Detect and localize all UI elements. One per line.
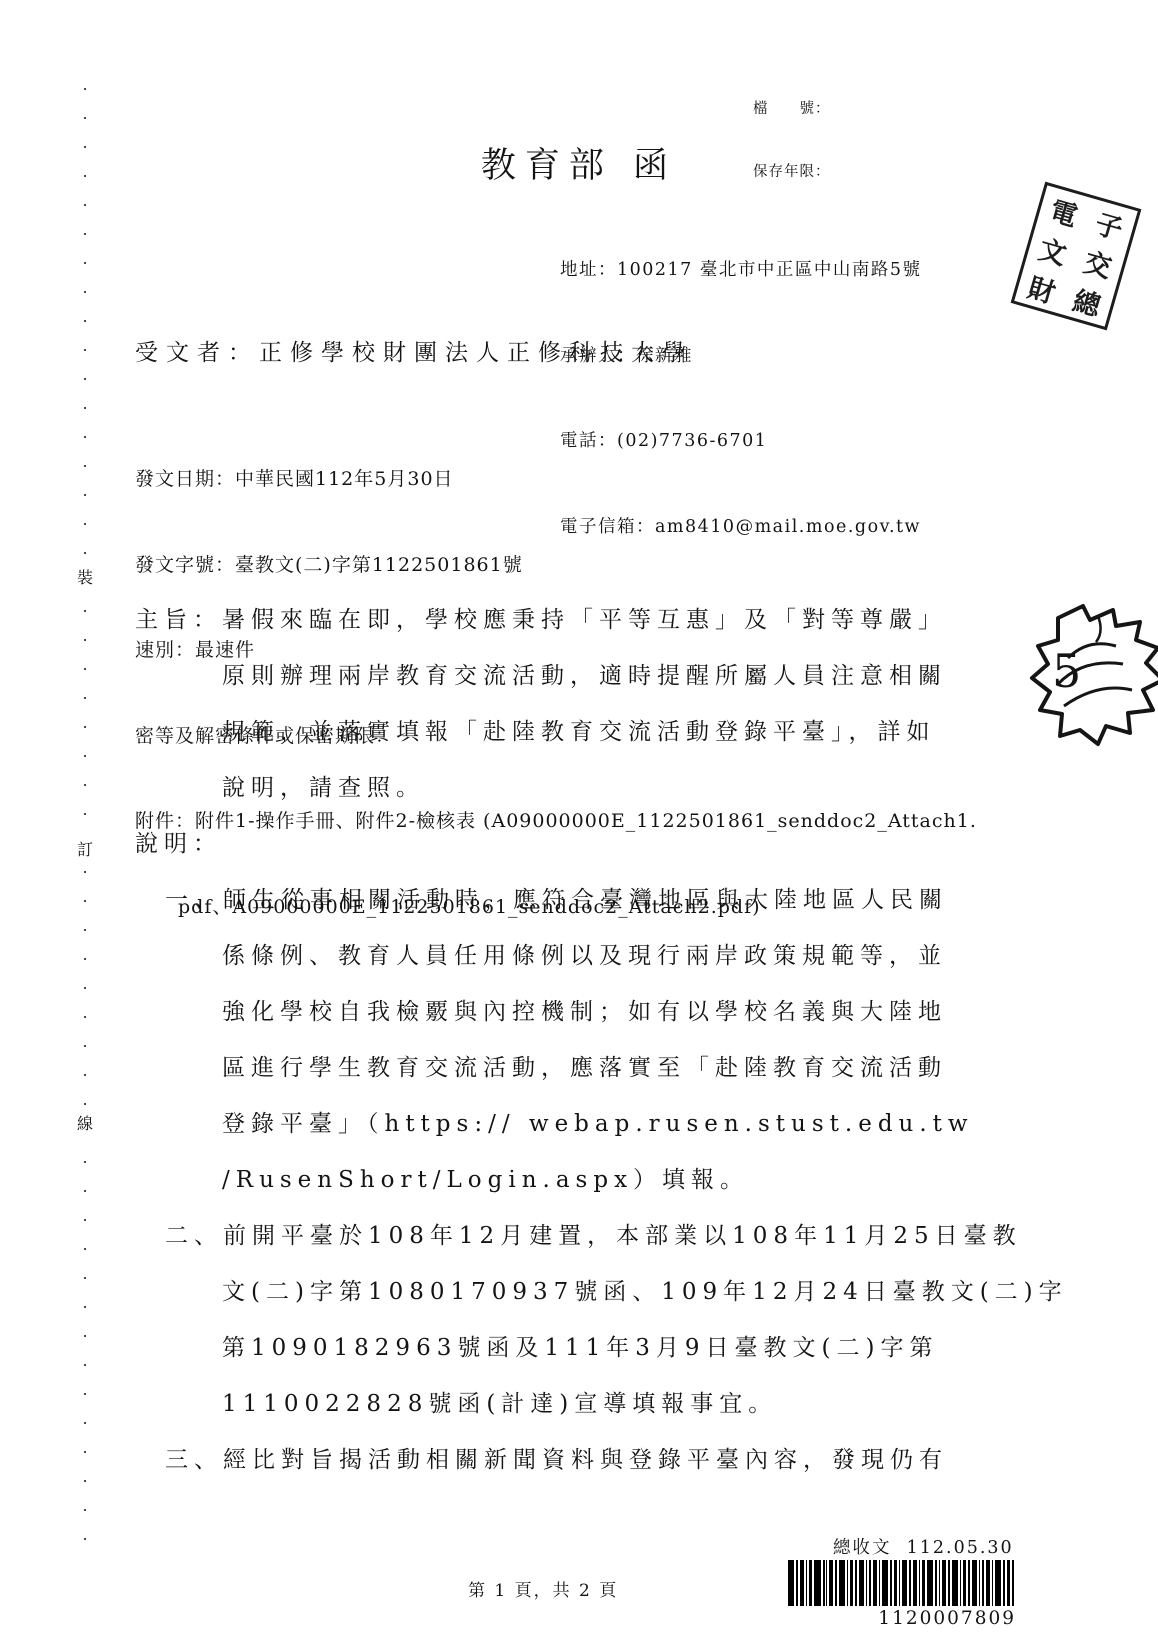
issue-number-line: 發文字號：臺教文(二)字第1122501861號: [135, 551, 977, 580]
subject-line: 原則辦理兩岸教育交流活動，適時提醒所屬人員注意相關: [0, 648, 1158, 704]
document-title: 教育部 函: [0, 138, 1158, 188]
letter-body: 主旨：暑假來臨在即，學校應秉持「平等互惠」及「對等尊嚴」 原則辦理兩岸教育交流活…: [0, 592, 1158, 1488]
receive-date-note: 總收文 112.05.30: [833, 1534, 1014, 1559]
explanation-item-2: 1110022828號函(計達)宣導填報事宜。: [0, 1376, 1158, 1432]
explanation-item-2: 二、前開平臺於108年12月建置，本部業以108年11月25日臺教: [0, 1208, 1158, 1264]
explanation-item-1: 係條例、教育人員任用條例以及現行兩岸政策規範等，並: [0, 928, 1158, 984]
sender-address: 地址：100217 臺北市中正區中山南路5號: [560, 256, 922, 285]
explanation-item-1: 強化學校自我檢覈與內控機制；如有以學校名義與大陸地: [0, 984, 1158, 1040]
explanation-item-2: 文(二)字第1080170937號函、109年12月24日臺教文(二)字: [0, 1264, 1158, 1320]
subject-line: 主旨：暑假來臨在即，學校應秉持「平等互惠」及「對等尊嚴」: [0, 592, 1158, 648]
subject-line: 規範，並落實填報「赴陸教育交流活動登錄平臺」，詳如: [0, 704, 1158, 760]
seal-number: 5: [1052, 644, 1081, 698]
barcode-number: 1120007809: [788, 1608, 1016, 1629]
binding-dotted-line: [84, 88, 86, 1540]
barcode: [788, 1560, 1016, 1610]
page-number: 第 1 頁，共 2 頁: [468, 1576, 618, 1601]
recipient-line: 受文者：正修學校財團法人正修科技大學: [135, 334, 693, 367]
crumpled-seal-stamp: [1028, 598, 1158, 748]
document-page: 檔 號： 保存年限： 教育部 函 地址：100217 臺北市中正區中山南路5號 …: [0, 0, 1158, 1649]
explanation-item-3: 三、經比對旨揭活動相關新聞資料與登錄平臺內容，發現仍有: [0, 1432, 1158, 1488]
explanation-item-1: 區進行學生教育交流活動，應落實至「赴陸教育交流活動: [0, 1040, 1158, 1096]
explanation-heading: 說明：: [0, 816, 1158, 872]
explanation-item-1-url: 登錄平臺」（https:// webap.rusen.stust.edu.tw: [0, 1096, 1158, 1152]
crumpled-seal-outline-icon: [1028, 598, 1158, 748]
issue-date-line: 發文日期：中華民國112年5月30日: [135, 465, 977, 494]
binding-mark-zhuang: 裝: [74, 562, 96, 591]
subject-line: 說明，請查照。: [0, 760, 1158, 816]
file-number-label: 檔 號：: [753, 99, 831, 120]
explanation-item-1: 一、師生從事相關活動時，應符合臺灣地區與大陸地區人民關: [0, 872, 1158, 928]
explanation-item-2: 第1090182963號函及111年3月9日臺教文(二)字第: [0, 1320, 1158, 1376]
received-stamp: 電 子 文 交 財 總: [1011, 182, 1142, 331]
explanation-item-1-url: /RusenShort/Login.aspx）填報。: [0, 1152, 1158, 1208]
binding-mark-xian: 線: [74, 1108, 96, 1137]
binding-mark-ding: 訂: [74, 834, 96, 863]
barcode-icon: [788, 1560, 1016, 1606]
